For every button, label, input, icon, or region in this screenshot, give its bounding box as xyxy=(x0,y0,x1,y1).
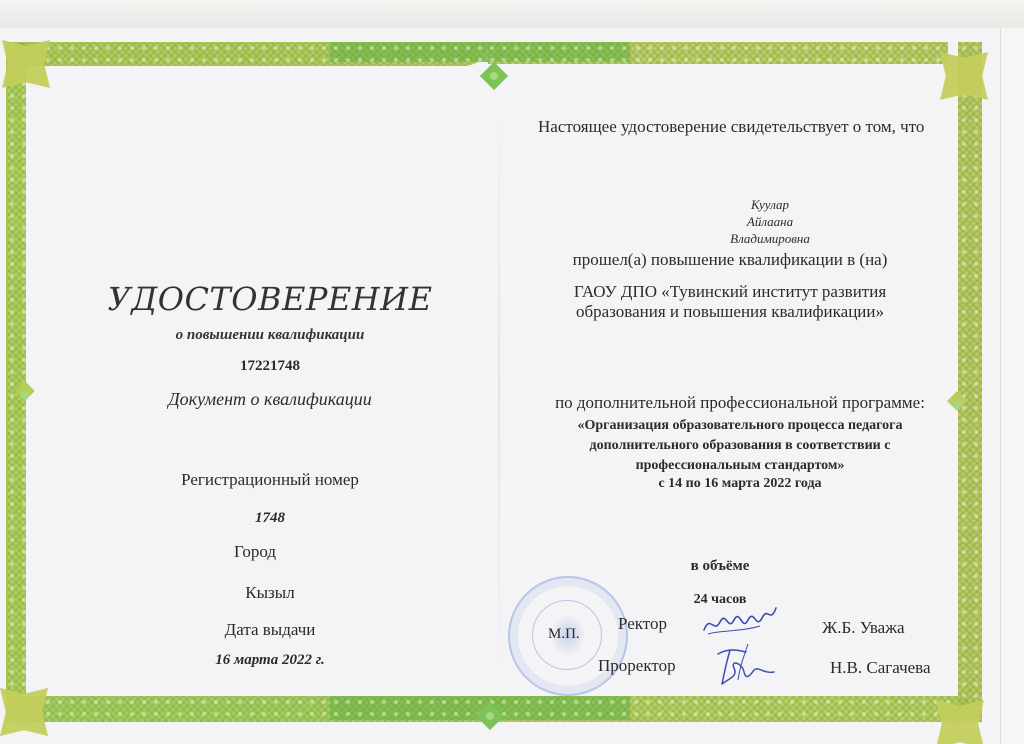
program-line: «Организация образовательного процесса п… xyxy=(540,418,940,434)
organization-line: образования и повышения квалификации» xyxy=(540,302,920,322)
holder-surname: Куулар xyxy=(700,197,840,213)
rector-signature-icon xyxy=(700,604,780,640)
issue-date-value: 16 марта 2022 г. xyxy=(60,652,480,669)
city-value: Кызыл xyxy=(60,583,480,603)
rector-role: Ректор xyxy=(618,614,667,634)
program-dates: с 14 по 16 марта 2022 года xyxy=(540,476,940,492)
corner-ornament-icon xyxy=(0,688,48,736)
prorector-signature-icon xyxy=(708,640,778,690)
prorector-name: Н.В. Сагачева xyxy=(830,658,931,678)
certificate-title: УДОСТОВЕРЕНИЕ xyxy=(60,280,480,318)
certificate-subtitle: о повышении квалификации xyxy=(60,327,480,344)
rector-name: Ж.Б. Уважа xyxy=(822,618,905,638)
program-line: профессиональным стандартом» xyxy=(540,458,940,474)
border-top-middle xyxy=(330,42,630,62)
scan-top-edge xyxy=(0,0,1024,28)
prorector-role: Проректор xyxy=(598,656,676,676)
issue-date-label: Дата выдачи xyxy=(60,620,480,640)
border-right xyxy=(958,42,982,722)
program-label: по дополнительной профессиональной прогр… xyxy=(530,393,950,413)
document-type: Документ о квалификации xyxy=(60,389,480,410)
program-line: дополнительного образования в соответств… xyxy=(540,438,940,454)
corner-ornament-icon xyxy=(2,40,50,88)
organization-line: ГАОУ ДПО «Тувинский институт развития xyxy=(540,282,920,302)
page-fold xyxy=(498,90,500,690)
passed-text: прошел(а) повышение квалификации в (на) xyxy=(540,250,920,270)
seal-label: М.П. xyxy=(548,626,580,643)
holder-patronymic: Владимировна xyxy=(680,231,860,247)
holder-first-name: Айлаана xyxy=(700,214,840,230)
certificate-number: 17221748 xyxy=(60,358,480,375)
corner-ornament-icon xyxy=(936,700,984,744)
city-label: Город xyxy=(140,542,400,562)
corner-ornament-icon xyxy=(940,52,988,100)
volume-label: в объёме xyxy=(640,558,800,575)
registration-number: 1748 xyxy=(60,510,480,527)
intro-text: Настоящее удостоверение свидетельствует … xyxy=(538,117,924,137)
registration-label: Регистрационный номер xyxy=(60,470,480,490)
scan-right-edge xyxy=(1000,28,1024,744)
